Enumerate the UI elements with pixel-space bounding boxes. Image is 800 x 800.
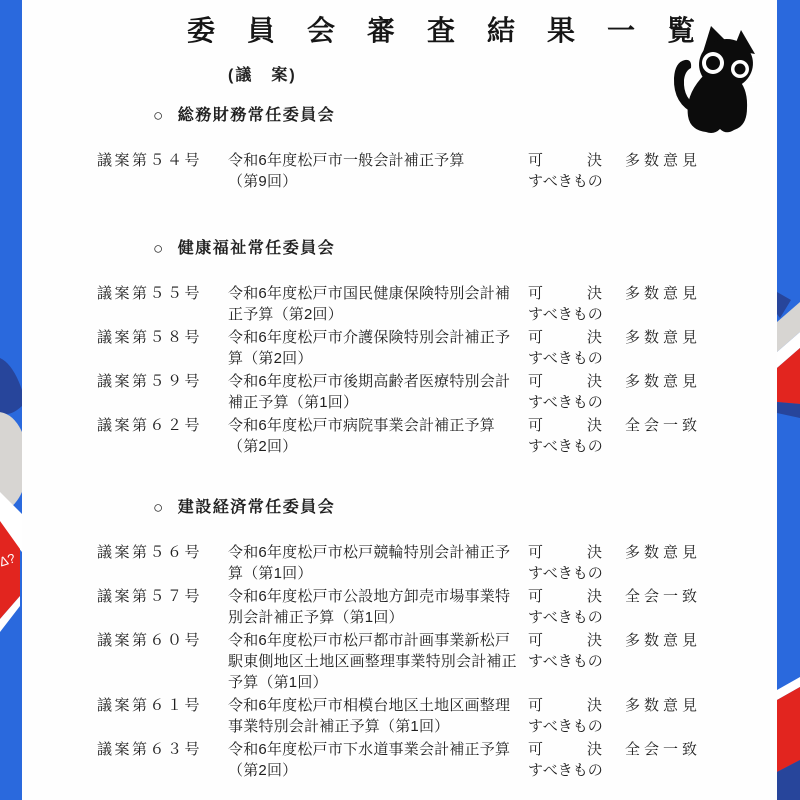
bill-number: 議案第５８号 xyxy=(97,327,228,369)
bill-number: 議案第５５号 xyxy=(97,283,228,325)
result-line-2: すべきもの xyxy=(528,348,606,369)
committee-name: 健康福祉常任委員会 xyxy=(178,238,336,260)
bill-title: 令和6年度松戸市松戸競輪特別会計補正予 算（第1回） xyxy=(228,542,528,584)
vote-outcome: 多数意見 xyxy=(625,695,777,737)
right-edge-collage xyxy=(777,0,800,800)
bill-result: 可 決 すべきもの xyxy=(528,630,625,693)
result-word-2: 決 xyxy=(587,371,602,392)
bill-result: 可 決 すべきもの xyxy=(528,739,625,781)
bill-result: 可 決 すべきもの xyxy=(528,327,625,369)
bill-result: 可 決 すべきもの xyxy=(528,542,625,584)
result-word-1: 可 xyxy=(528,371,543,392)
vote-outcome: 多数意見 xyxy=(625,542,777,584)
result-word-1: 可 xyxy=(528,542,543,563)
result-line-2: すべきもの xyxy=(528,304,606,325)
bill-result: 可 決 すべきもの xyxy=(528,150,625,192)
result-word-2: 決 xyxy=(587,283,602,304)
vote-outcome: 全会一致 xyxy=(625,415,777,457)
bill-row: 議案第５４号 令和6年度松戸市一般会計補正予算 （第9回） 可 決 すべきもの … xyxy=(97,150,777,192)
bill-number: 議案第６０号 xyxy=(97,630,228,693)
sections-container: ○ 総務財務常任委員会 議案第５４号 令和6年度松戸市一般会計補正予算 （第9回… xyxy=(22,105,777,781)
result-line-2: すべきもの xyxy=(528,436,606,457)
result-word-1: 可 xyxy=(528,283,543,304)
committee-section: ○ 健康福祉常任委員会 議案第５５号 令和6年度松戸市国民健康保険特別会計補 正… xyxy=(22,238,777,457)
vote-outcome: 多数意見 xyxy=(625,150,777,192)
result-word-2: 決 xyxy=(587,695,602,716)
vote-outcome: 全会一致 xyxy=(625,586,777,628)
bill-number: 議案第５６号 xyxy=(97,542,228,584)
result-word-2: 決 xyxy=(587,415,602,436)
bill-row: 議案第５６号 令和6年度松戸市松戸競輪特別会計補正予 算（第1回） 可 決 すべ… xyxy=(97,542,777,584)
bill-title: 令和6年度松戸市一般会計補正予算 （第9回） xyxy=(228,150,528,192)
result-word-2: 決 xyxy=(587,327,602,348)
bill-title: 令和6年度松戸市介護保険特別会計補正予 算（第2回） xyxy=(228,327,528,369)
result-word-2: 決 xyxy=(587,630,602,651)
cat-icon xyxy=(655,16,760,134)
bill-result: 可 決 すべきもの xyxy=(528,371,625,413)
bill-row: 議案第６３号 令和6年度松戸市下水道事業会計補正予算 （第2回） 可 決 すべき… xyxy=(97,739,777,781)
bill-row: 議案第５７号 令和6年度松戸市公設地方卸売市場事業特 別会計補正予算（第1回） … xyxy=(97,586,777,628)
result-line-2: すべきもの xyxy=(528,760,606,781)
bill-rows: 議案第５４号 令和6年度松戸市一般会計補正予算 （第9回） 可 決 すべきもの … xyxy=(97,150,777,192)
bill-row: 議案第６１号 令和6年度松戸市相模台地区土地区画整理 事業特別会計補正予算（第1… xyxy=(97,695,777,737)
committee-section: ○ 建設経済常任委員会 議案第５６号 令和6年度松戸市松戸競輪特別会計補正予 算… xyxy=(22,497,777,781)
bill-row: 議案第５５号 令和6年度松戸市国民健康保険特別会計補 正予算（第2回） 可 決 … xyxy=(97,283,777,325)
circle-marker: ○ xyxy=(153,105,165,127)
bill-result: 可 決 すべきもの xyxy=(528,283,625,325)
bill-number: 議案第６１号 xyxy=(97,695,228,737)
committee-heading: ○ 建設経済常任委員会 xyxy=(153,497,777,519)
result-word-2: 決 xyxy=(587,150,602,171)
result-word-2: 決 xyxy=(587,739,602,760)
bill-number: 議案第６２号 xyxy=(97,415,228,457)
result-word-1: 可 xyxy=(528,739,543,760)
right-edge-decor xyxy=(777,0,800,800)
page: Δ? 委員会審査結果一覧 (議 案) ○ 総務財務常任委員会 議案第５４号 令和… xyxy=(0,0,800,800)
result-line-2: すべきもの xyxy=(528,171,606,192)
bill-result: 可 決 すべきもの xyxy=(528,586,625,628)
bill-title: 令和6年度松戸市相模台地区土地区画整理 事業特別会計補正予算（第1回） xyxy=(228,695,528,737)
bill-number: 議案第６３号 xyxy=(97,739,228,781)
result-word-2: 決 xyxy=(587,586,602,607)
bill-number: 議案第５７号 xyxy=(97,586,228,628)
vote-outcome: 多数意見 xyxy=(625,327,777,369)
result-word-1: 可 xyxy=(528,695,543,716)
vote-outcome: 全会一致 xyxy=(625,739,777,781)
bill-result: 可 決 すべきもの xyxy=(528,415,625,457)
bill-row: 議案第５８号 令和6年度松戸市介護保険特別会計補正予 算（第2回） 可 決 すべ… xyxy=(97,327,777,369)
circle-marker: ○ xyxy=(153,238,165,260)
result-line-2: すべきもの xyxy=(528,392,606,413)
bill-rows: 議案第５６号 令和6年度松戸市松戸競輪特別会計補正予 算（第1回） 可 決 すべ… xyxy=(97,542,777,781)
result-line-2: すべきもの xyxy=(528,716,606,737)
bill-row: 議案第６０号 令和6年度松戸市松戸都市計画事業新松戸 駅東側地区土地区画整理事業… xyxy=(97,630,777,693)
bill-rows: 議案第５５号 令和6年度松戸市国民健康保険特別会計補 正予算（第2回） 可 決 … xyxy=(97,283,777,457)
bill-row: 議案第５９号 令和6年度松戸市後期高齢者医療特別会計 補正予算（第1回） 可 決… xyxy=(97,371,777,413)
black-cat-illustration xyxy=(655,16,760,134)
result-word-1: 可 xyxy=(528,327,543,348)
vote-outcome: 多数意見 xyxy=(625,371,777,413)
committee-name: 総務財務常任委員会 xyxy=(178,105,336,127)
result-word-1: 可 xyxy=(528,415,543,436)
result-word-1: 可 xyxy=(528,586,543,607)
circle-marker: ○ xyxy=(153,497,165,519)
bill-title: 令和6年度松戸市下水道事業会計補正予算 （第2回） xyxy=(228,739,528,781)
result-line-2: すべきもの xyxy=(528,563,606,584)
bill-number: 議案第５４号 xyxy=(97,150,228,192)
result-word-1: 可 xyxy=(528,150,543,171)
left-edge-decor: Δ? xyxy=(0,0,22,800)
bill-title: 令和6年度松戸市松戸都市計画事業新松戸 駅東側地区土地区画整理事業特別会計補正 … xyxy=(228,630,528,693)
bill-title: 令和6年度松戸市病院事業会計補正予算 （第2回） xyxy=(228,415,528,457)
bill-row: 議案第６２号 令和6年度松戸市病院事業会計補正予算 （第2回） 可 決 すべきも… xyxy=(97,415,777,457)
bill-result: 可 決 すべきもの xyxy=(528,695,625,737)
result-line-2: すべきもの xyxy=(528,607,606,628)
bill-number: 議案第５９号 xyxy=(97,371,228,413)
committee-name: 建設経済常任委員会 xyxy=(178,497,336,519)
vote-outcome: 多数意見 xyxy=(625,283,777,325)
committee-heading: ○ 健康福祉常任委員会 xyxy=(153,238,777,260)
result-line-2: すべきもの xyxy=(528,651,606,672)
bill-title: 令和6年度松戸市国民健康保険特別会計補 正予算（第2回） xyxy=(228,283,528,325)
result-word-2: 決 xyxy=(587,542,602,563)
bill-title: 令和6年度松戸市後期高齢者医療特別会計 補正予算（第1回） xyxy=(228,371,528,413)
bill-title: 令和6年度松戸市公設地方卸売市場事業特 別会計補正予算（第1回） xyxy=(228,586,528,628)
vote-outcome: 多数意見 xyxy=(625,630,777,693)
result-word-1: 可 xyxy=(528,630,543,651)
left-edge-collage: Δ? xyxy=(0,0,22,800)
